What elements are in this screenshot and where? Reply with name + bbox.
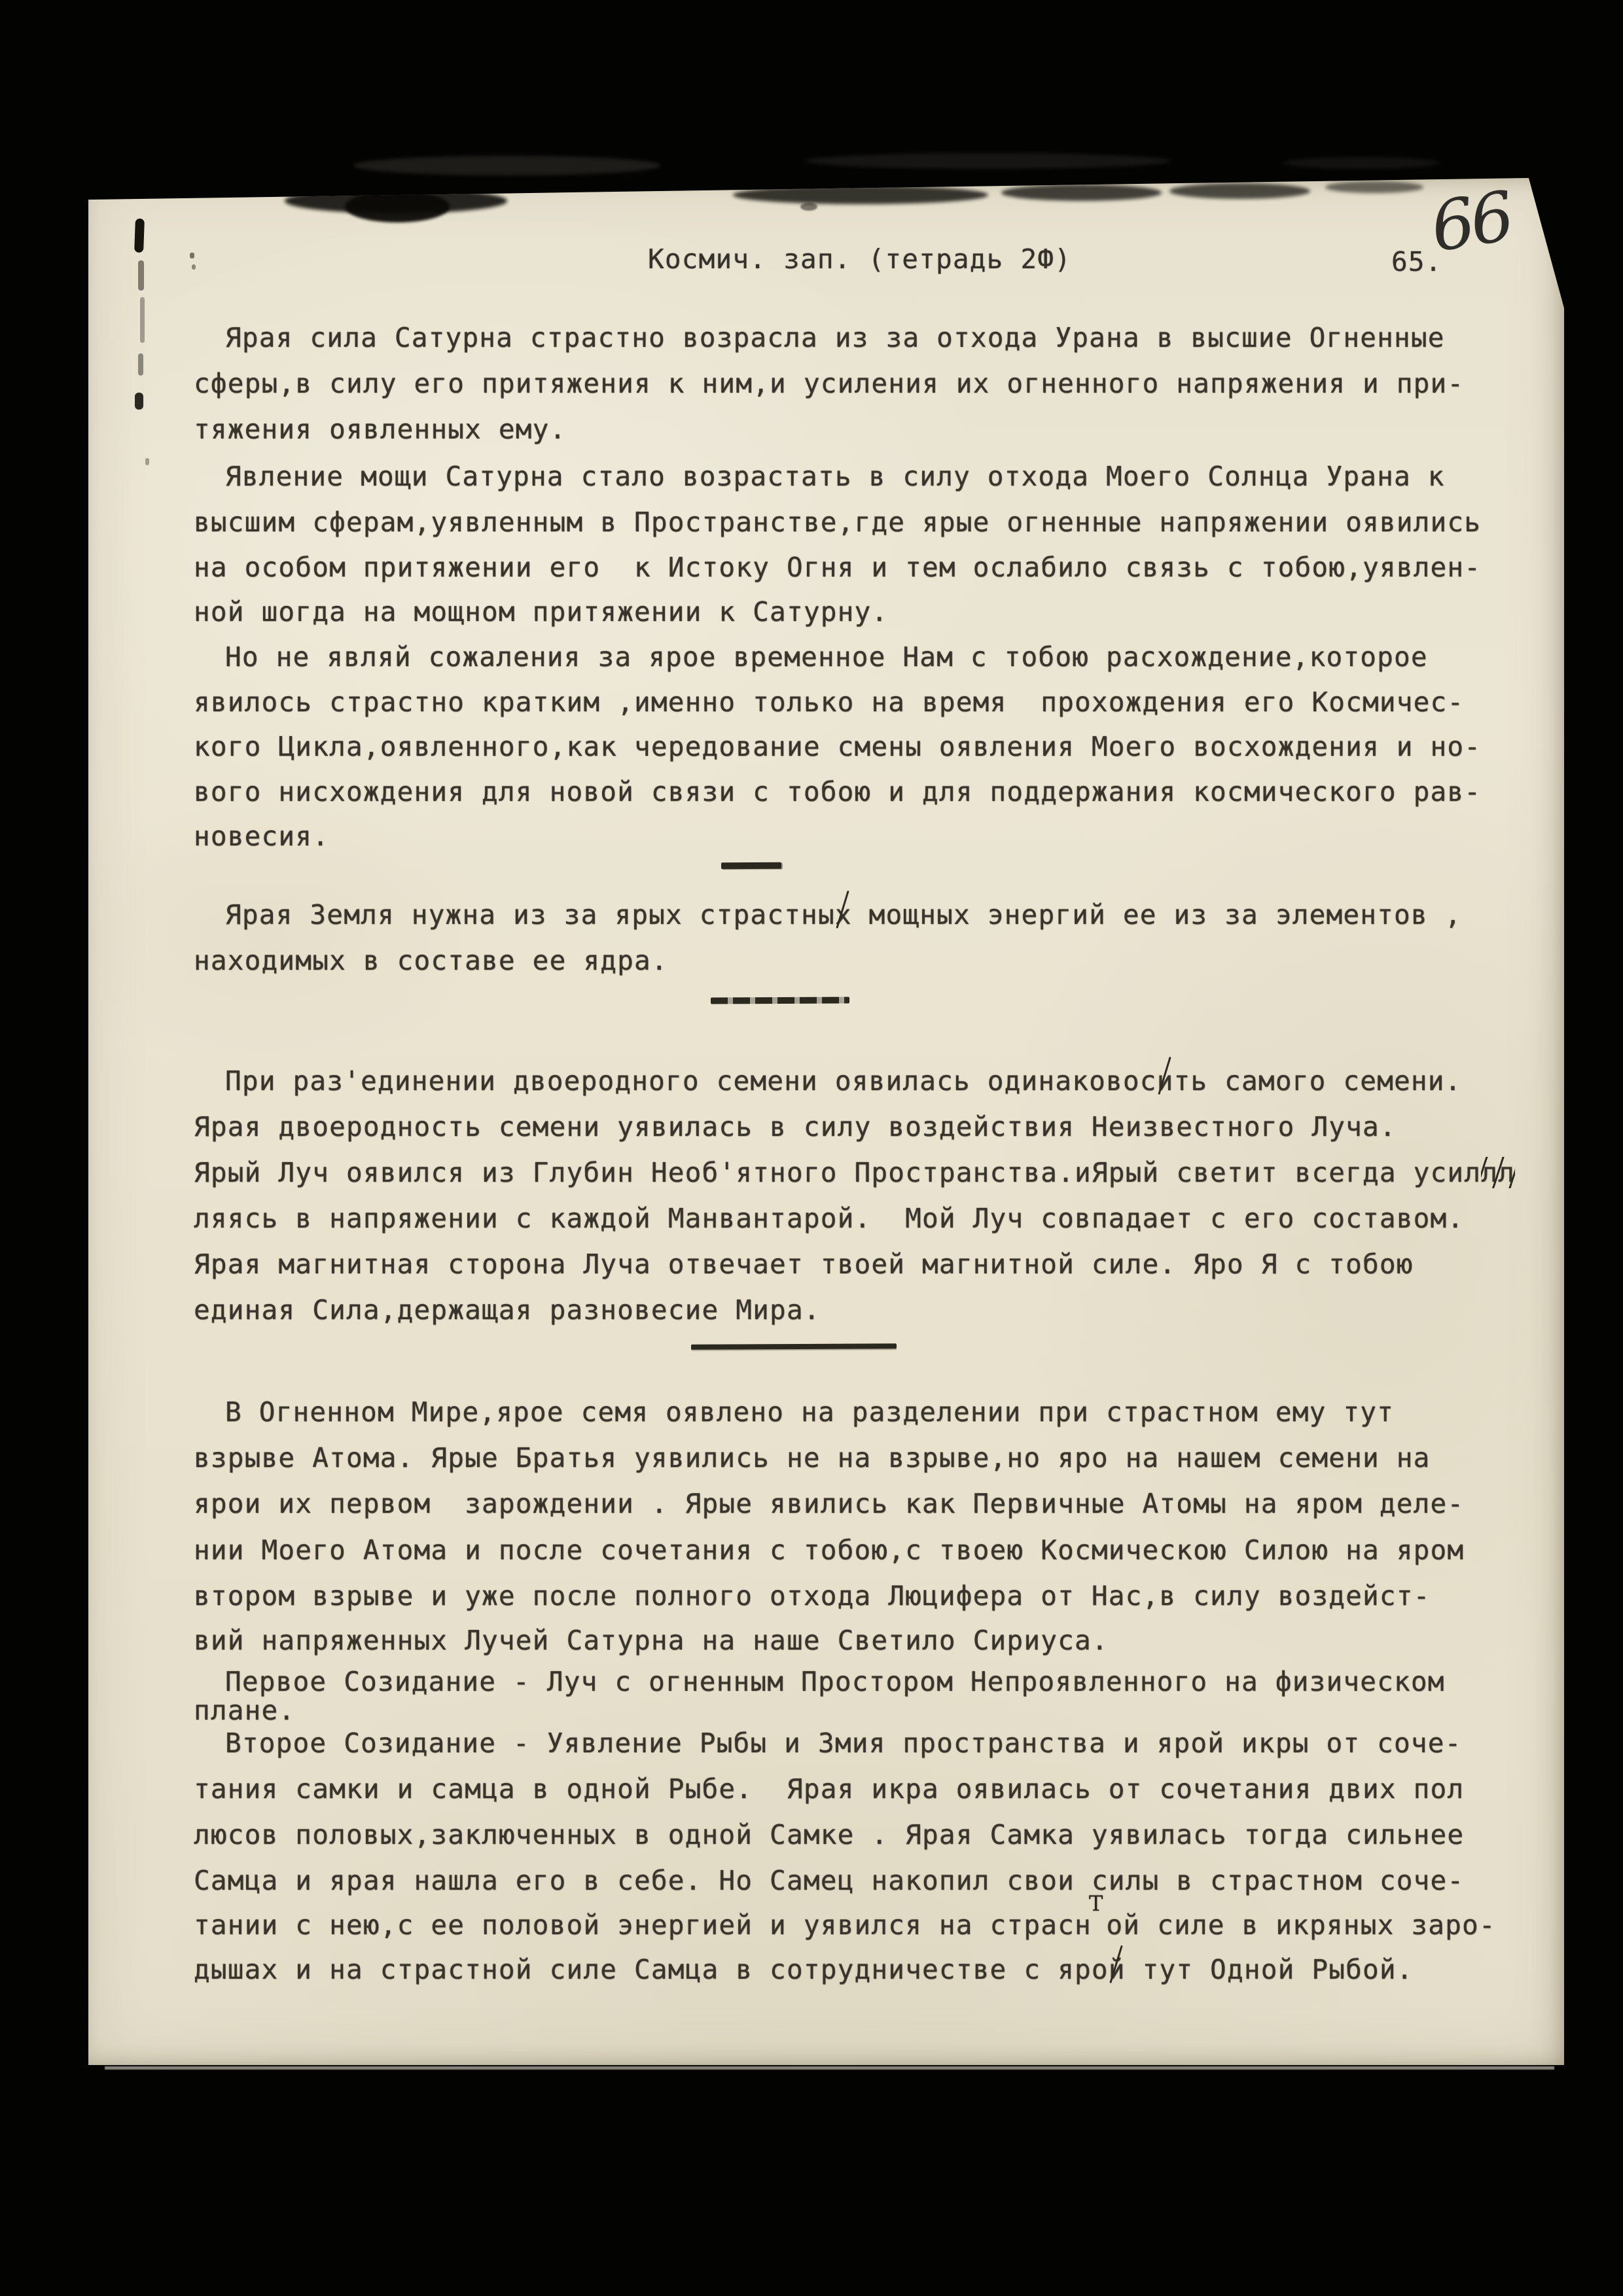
typed-text-segment: Второе Созидание - Уявление Рыбы и Змия … — [225, 1727, 1462, 1759]
typed-line: вий напряженных Лучей Сатурна на наше Св… — [194, 1627, 1109, 1654]
torn-edge-fragment — [805, 153, 1171, 169]
typed-text-segment: ярои их первом зарождении . Ярые явились… — [194, 1488, 1464, 1519]
typed-text-segment: Ярая двоеродность семени уявилась в силу… — [194, 1111, 1397, 1142]
typed-text-segment: В Огненном Мире,ярое семя оявлено на раз… — [225, 1396, 1394, 1428]
typed-line: тании с нею,с ее половой энергией и уяви… — [194, 1912, 1496, 1939]
typed-text-segment: ляясь в напряжении с каждой Манвантарой.… — [194, 1203, 1464, 1234]
page-number-handwritten: 66 — [1425, 176, 1516, 267]
typed-text-segment: на особом притяжении его к Истоку Огня и… — [194, 552, 1481, 583]
typed-line: В Огненном Мире,ярое семя оявлено на раз… — [225, 1399, 1394, 1426]
page-number-typed: 65. — [1391, 246, 1442, 277]
separator-line — [691, 1343, 897, 1350]
typed-line: находимых в составе ее ядра. — [194, 947, 668, 974]
typed-line: тания самки и самца в одной Рыбе. Ярая и… — [194, 1776, 1464, 1803]
typed-line: плане. — [194, 1697, 295, 1724]
typed-text-segment: нТ — [1075, 1909, 1106, 1941]
typed-text-segment: тут Одной Рыбой. — [1126, 1954, 1414, 1985]
typed-line: Ярая двоеродность семени уявилась в силу… — [194, 1114, 1397, 1140]
typed-text-segment: Явление мощи Сатурна стало возрастать в … — [225, 461, 1445, 492]
typed-text-segment: лл — [1481, 1157, 1515, 1188]
typed-text-segment: Первое Созидание - Луч с огненным Просто… — [225, 1666, 1445, 1697]
typed-text-segment: тании с нею,с ее половой энергией и уяви… — [194, 1909, 1075, 1941]
typed-text-segment: Но не являй сожаления за ярое временное … — [225, 641, 1428, 673]
typed-text-segment: и — [1157, 1065, 1174, 1097]
typed-text-segment: новесия. — [194, 821, 329, 852]
typed-text-segment: Ярая Земля нужна из за ярых страстны — [225, 899, 835, 930]
typed-line: ляясь в напряжении с каждой Манвантарой.… — [194, 1205, 1464, 1232]
margin-ink-mark — [134, 219, 145, 253]
typed-text-segment: нии Моего Атома и после сочетания с тобо… — [194, 1534, 1464, 1566]
typed-text-segment: единая Сила,держащая разновесие Мира. — [194, 1294, 821, 1326]
margin-ink-mark — [138, 353, 143, 376]
typed-text-segment: ной шогда на мощном притяжении к Сатурну… — [194, 596, 888, 627]
typed-text-segment: х — [835, 899, 852, 930]
typed-line: ной шогда на мощном притяжении к Сатурну… — [194, 599, 888, 626]
typed-line: явилось страстно кратким ,именно только … — [194, 689, 1464, 716]
typed-text-segment: сферы,в силу его притяжения к ним,и усил… — [194, 368, 1464, 399]
typed-line: Ярый Луч оявился из Глубин Необ'ятного П… — [194, 1159, 1515, 1186]
typed-text-segment: вий напряженных Лучей Сатурна на наше Св… — [194, 1625, 1109, 1656]
typed-line: высшим сферам,уявленным в Пространстве,г… — [194, 509, 1481, 536]
typed-line: ярои их первом зарождении . Ярые явились… — [194, 1491, 1464, 1517]
typed-text-segment: Ярый Луч оявился из Глубин Необ'ятного П… — [194, 1157, 1481, 1188]
typed-line: вого нисхождения для новой связи с тобою… — [194, 779, 1481, 805]
typed-line: Ярая сила Сатурна страстно возрасла из з… — [225, 325, 1445, 351]
typed-text-segment: й — [1109, 1954, 1126, 1985]
typed-line: Самца и ярая нашла его в себе. Но Самец … — [194, 1867, 1464, 1894]
typed-line: тяжения оявленных ему. — [194, 416, 566, 443]
typed-text-segment: Ярая магнитная сторона Луча отвечает тво… — [194, 1248, 1414, 1280]
typed-text-segment: тяжения оявленных ему. — [194, 414, 566, 445]
typed-line: кого Цикла,оявленного,как чередование см… — [194, 733, 1481, 760]
typed-text-segment: находимых в составе ее ядра. — [194, 945, 668, 976]
typed-text-segment: явилось страстно кратким ,именно только … — [194, 686, 1464, 718]
margin-ink-mark — [145, 458, 149, 465]
typed-line: взрыве Атома. Ярые Братья уявились не на… — [194, 1445, 1431, 1472]
margin-ink-mark — [135, 393, 143, 410]
separator-line — [711, 997, 849, 1004]
typed-line: на особом притяжении его к Истоку Огня и… — [194, 554, 1481, 581]
typed-text-segment: При раз'единении двоеродного семени ояви… — [225, 1065, 1157, 1097]
ink-smudge — [1001, 185, 1162, 201]
typed-text-segment: взрыве Атома. Ярые Братья уявились не на… — [194, 1442, 1431, 1474]
typed-line: Явление мощи Сатурна стало возрастать в … — [225, 463, 1445, 490]
torn-edge-fragment — [1283, 157, 1440, 169]
typed-text-segment: вого нисхождения для новой связи с тобою… — [194, 776, 1481, 807]
ink-smudge — [345, 191, 450, 222]
typed-text-segment: втором взрыве и уже после полного отхода… — [194, 1580, 1431, 1612]
typed-text-segment: Самца и ярая нашла его в себе. Но Самец … — [194, 1865, 1464, 1896]
typed-line: нии Моего Атома и после сочетания с тобо… — [194, 1537, 1464, 1564]
margin-ink-mark — [138, 260, 144, 291]
typed-text-segment: ть самого семени. — [1174, 1065, 1462, 1097]
typed-text-segment: кого Цикла,оявленного,как чередование см… — [194, 731, 1481, 762]
typed-line: люсов половых,заключенных в одной Самке … — [194, 1822, 1464, 1848]
typed-line: втором взрыве и уже после полного отхода… — [194, 1583, 1431, 1610]
typed-text-segment: мощных энергий ее из за элементов , — [852, 899, 1462, 930]
torn-edge-fragment — [353, 156, 661, 175]
typed-text-segment: тания самки и самца в одной Рыбе. Ярая и… — [194, 1773, 1464, 1805]
typed-text-segment: Ярая сила Сатурна страстно возрасла из з… — [225, 322, 1445, 353]
separator-line — [721, 862, 781, 869]
typed-text-segment: ой силе в икряных заро- — [1106, 1909, 1495, 1941]
typed-text-segment: высшим сферам,уявленным в Пространстве,г… — [194, 506, 1481, 538]
typed-line: новесия. — [194, 823, 329, 850]
typed-line: Второе Созидание - Уявление Рыбы и Змия … — [225, 1730, 1462, 1757]
scan-edge-highlight — [105, 2066, 1554, 2070]
typed-line: Первое Созидание - Луч с огненным Просто… — [225, 1669, 1445, 1695]
margin-ink-mark — [190, 253, 194, 258]
typed-line: Ярая Земля нужна из за ярых страстных мо… — [225, 902, 1462, 928]
page-header-title: Космич. зап. (тетрадь 2Ф) — [648, 243, 1071, 275]
margin-ink-mark — [192, 264, 196, 270]
typed-text-segment: плане. — [194, 1695, 295, 1726]
handwritten-correction: Т — [1089, 1891, 1104, 1916]
paper: Космич. зап. (тетрадь 2Ф) 65. 66 Ярая си… — [88, 178, 1564, 2065]
ink-smudge — [733, 186, 988, 204]
ink-smudge — [800, 203, 817, 211]
ink-smudge — [1169, 183, 1310, 199]
typed-text-segment: люсов половых,заключенных в одной Самке … — [194, 1819, 1464, 1850]
typed-line: Но не являй сожаления за ярое временное … — [225, 644, 1428, 671]
typed-line: При раз'единении двоеродного семени ояви… — [225, 1068, 1462, 1095]
typed-line: единая Сила,держащая разновесие Мира. — [194, 1297, 821, 1324]
margin-ink-mark — [140, 297, 145, 343]
typed-line: дышах и на страстной силе Самца в сотруд… — [194, 1956, 1414, 1983]
typed-line: Ярая магнитная сторона Луча отвечает тво… — [194, 1251, 1414, 1278]
ink-smudge — [1325, 181, 1423, 193]
typed-line: сферы,в силу его притяжения к ним,и усил… — [194, 370, 1464, 397]
typed-text-segment: дышах и на страстной силе Самца в сотруд… — [194, 1954, 1109, 1985]
